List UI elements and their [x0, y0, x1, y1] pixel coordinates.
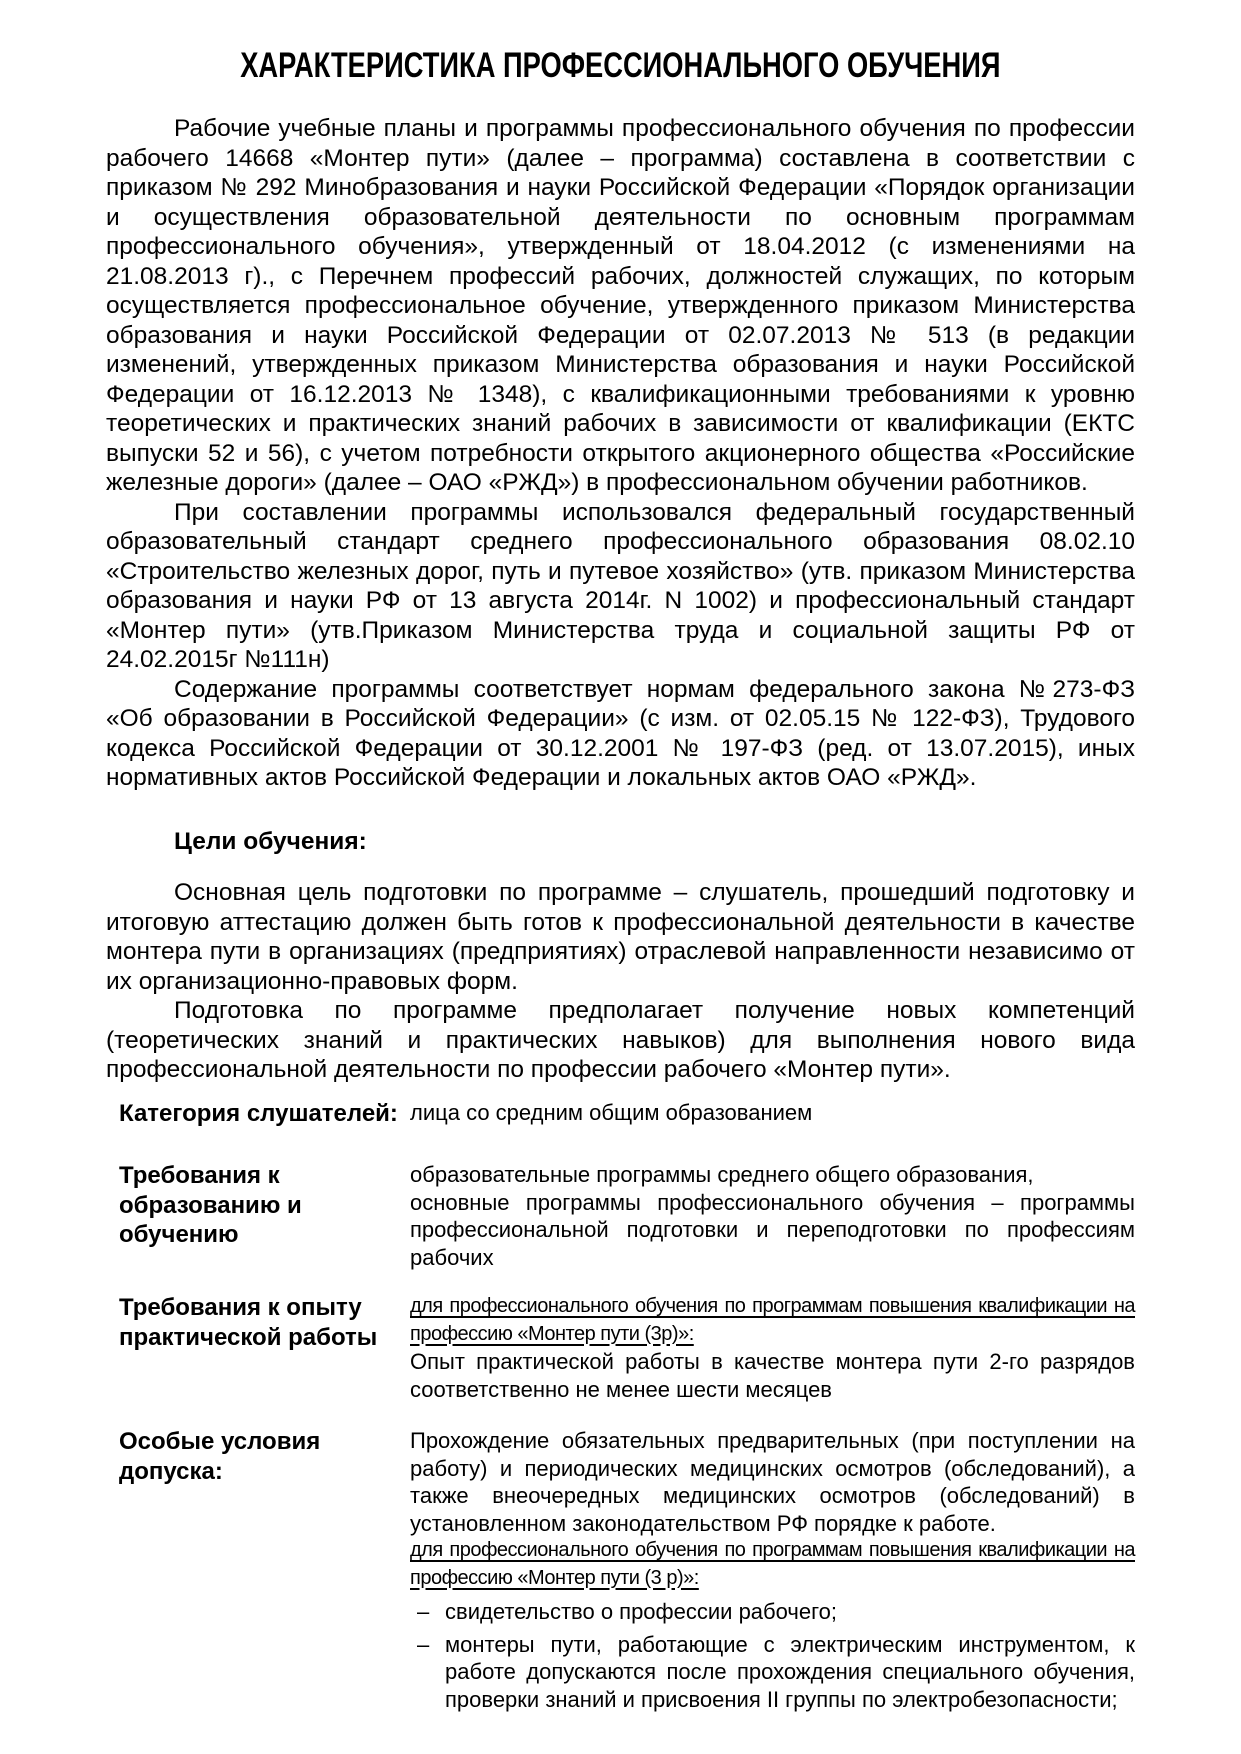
page-title-text: ХАРАКТЕРИСТИКА ПРОФЕССИОНАЛЬНОГО ОБУЧЕНИ…	[240, 46, 1000, 86]
table-row-experience: Требования к опыту практической работы д…	[106, 1293, 1135, 1403]
admission-underlined-heading: для профессионального обучения по програ…	[410, 1537, 1135, 1592]
category-value-text: лица со средним общим образованием	[410, 1099, 1135, 1127]
table-row-admission: Особые условия допуска: Прохождение обяз…	[106, 1427, 1135, 1713]
goals-paragraph-1: Основная цель подготовки по программе – …	[106, 878, 1135, 996]
education-value-line1: образовательные программы среднего общег…	[410, 1161, 1135, 1189]
bullet-text: монтеры пути, работающие с электрическим…	[445, 1632, 1135, 1712]
experience-underlined-heading: для профессионального обучения по програ…	[410, 1293, 1135, 1348]
admission-value: Прохождение обязательных предварительных…	[410, 1427, 1135, 1713]
admission-bullet-list: –свидетельство о профессии рабочего; –мо…	[410, 1598, 1135, 1713]
page-title: ХАРАКТЕРИСТИКА ПРОФЕССИОНАЛЬНОГО ОБУЧЕНИ…	[106, 46, 1135, 86]
experience-value-text: Опыт практической работы в качестве монт…	[410, 1348, 1135, 1403]
admission-value-text: Прохождение обязательных предварительных…	[410, 1427, 1135, 1537]
intro-paragraph-3: Содержание программы соответствует норма…	[106, 675, 1135, 793]
intro-paragraph-2: При составлении программы использовался …	[106, 498, 1135, 675]
goals-heading: Цели обучения:	[106, 827, 1135, 857]
education-value: образовательные программы среднего общег…	[410, 1161, 1135, 1271]
document-page: ХАРАКТЕРИСТИКА ПРОФЕССИОНАЛЬНОГО ОБУЧЕНИ…	[0, 0, 1241, 1754]
goals-paragraph-2: Подготовка по программе предполагает пол…	[106, 996, 1135, 1085]
dash-marker: –	[417, 1598, 445, 1626]
education-value-line2: основные программы профессионального обу…	[410, 1189, 1135, 1272]
list-item: –монтеры пути, работающие с электрически…	[410, 1631, 1135, 1714]
bullet-text: свидетельство о профессии рабочего;	[445, 1599, 837, 1624]
table-row-category: Категория слушателей: лица со средним об…	[106, 1099, 1135, 1129]
intro-paragraph-1: Рабочие учебные планы и программы профес…	[106, 114, 1135, 498]
table-row-education: Требования к образованию и обучению обра…	[106, 1161, 1135, 1271]
details-table: Категория слушателей: лица со средним об…	[106, 1099, 1135, 1714]
category-value: лица со средним общим образованием	[410, 1099, 1135, 1127]
list-item: –свидетельство о профессии рабочего;	[410, 1598, 1135, 1626]
admission-label: Особые условия допуска:	[106, 1427, 410, 1486]
category-label: Категория слушателей:	[106, 1099, 410, 1129]
education-label: Требования к образованию и обучению	[106, 1161, 410, 1250]
dash-marker: –	[417, 1631, 445, 1659]
experience-value: для профессионального обучения по програ…	[410, 1293, 1135, 1403]
experience-label: Требования к опыту практической работы	[106, 1293, 410, 1352]
